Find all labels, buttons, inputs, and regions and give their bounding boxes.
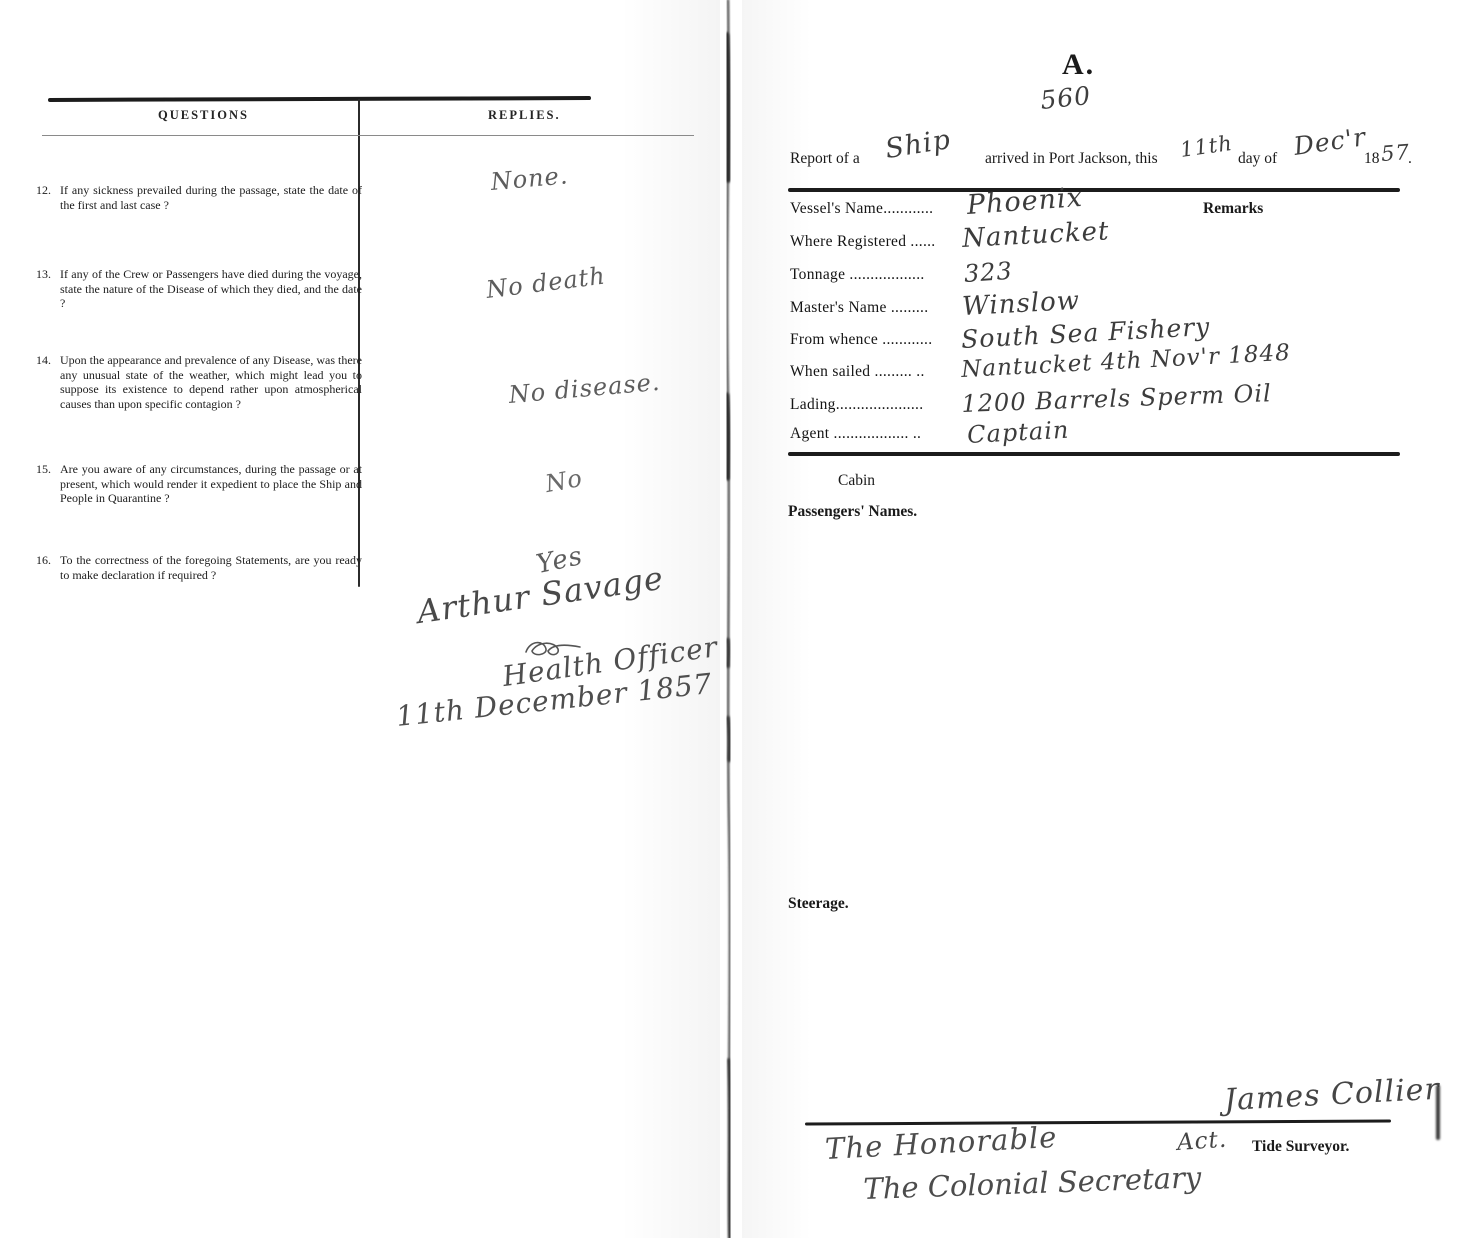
question-14-number: 14. — [36, 353, 51, 368]
field-label-vessels-name: Vessel's Name............ — [790, 200, 933, 218]
vessel-name-value: Phoenix — [966, 182, 1084, 221]
reply-12-handwriting: None. — [490, 161, 570, 196]
steerage-label: Steerage. — [788, 895, 849, 913]
question-15: 15. Are you aware of any circumstances, … — [36, 462, 362, 506]
field-label-from-whence: From whence ............ — [790, 331, 932, 349]
question-14: 14. Upon the appearance and prevalence o… — [36, 353, 362, 411]
form-bottom-rule — [788, 452, 1400, 456]
addressee-line1-handwriting: The Honorable — [824, 1120, 1058, 1166]
report-line-period: . — [1408, 150, 1412, 168]
question-13: 13. If any of the Crew or Passengers hav… — [36, 267, 362, 311]
acting-prefix-handwriting: Act. — [1176, 1127, 1228, 1156]
vessel-type-handwriting: Ship — [883, 124, 953, 165]
form-number-handwriting: 560 — [1039, 81, 1092, 115]
remarks-column-header: Remarks — [1203, 200, 1263, 218]
questions-column-header: QUESTIONS — [158, 108, 249, 123]
masters-name-value: Winslow — [961, 286, 1080, 322]
arrival-year-handwriting: 57 — [1380, 140, 1410, 166]
form-letter: A. — [1062, 48, 1095, 82]
question-15-number: 15. — [36, 462, 51, 477]
scan-edge-artifact — [1436, 1085, 1440, 1140]
field-label-when-sailed: When sailed ......... .. — [790, 363, 925, 381]
scanned-document: QUESTIONS REPLIES. 12. If any sickness p… — [0, 0, 1465, 1238]
signature-underline — [805, 1119, 1391, 1125]
question-13-number: 13. — [36, 267, 51, 282]
field-label-where-registered: Where Registered ...... — [790, 233, 935, 251]
question-16: 16. To the correctness of the foregoing … — [36, 553, 362, 582]
question-12: 12. If any sickness prevailed during the… — [36, 183, 362, 212]
lading-value: 1200 Barrels Sperm Oil — [961, 379, 1272, 418]
question-16-text: To the correctness of the foregoing Stat… — [60, 553, 362, 582]
book-gutter-line — [695, 0, 765, 1238]
table-top-rule — [48, 96, 591, 102]
arrival-day-handwriting: 11th — [1179, 131, 1235, 162]
tide-surveyor-signature: James Collier — [1223, 1072, 1440, 1118]
question-16-number: 16. — [36, 553, 51, 568]
question-12-number: 12. — [36, 183, 51, 198]
form-top-rule — [788, 188, 1400, 192]
tide-surveyor-title: Tide Surveyor. — [1252, 1138, 1349, 1156]
field-label-agent: Agent .................. .. — [790, 425, 921, 443]
addressee-line2-handwriting: The Colonial Secretary — [863, 1160, 1202, 1206]
reply-15-handwriting: No — [543, 464, 585, 498]
where-registered-value: Nantucket — [961, 216, 1110, 254]
field-label-masters-name: Master's Name ......... — [790, 299, 928, 317]
agent-value: Captain — [967, 416, 1070, 449]
arrival-year-printed: 18 — [1364, 150, 1380, 168]
replies-column-header: REPLIES. — [488, 108, 561, 123]
report-line-day-of: day of — [1238, 150, 1277, 168]
table-header-rule — [42, 135, 694, 136]
report-line-middle: arrived in Port Jackson, this — [985, 150, 1158, 168]
question-13-text: If any of the Crew or Passengers have di… — [60, 267, 362, 310]
question-12-text: If any sickness prevailed during the pas… — [60, 183, 362, 212]
table-column-divider — [358, 99, 360, 587]
report-line-prefix: Report of a — [790, 150, 860, 168]
reply-13-handwriting: No death — [485, 262, 608, 304]
arrival-month-handwriting: Dec'r — [1292, 122, 1368, 161]
question-15-text: Are you aware of any circumstances, duri… — [60, 462, 362, 505]
passengers-names-label: Passengers' Names. — [788, 503, 917, 521]
cabin-label: Cabin — [838, 472, 875, 490]
field-label-lading: Lading..................... — [790, 396, 923, 414]
tonnage-value: 323 — [963, 257, 1014, 288]
field-label-tonnage: Tonnage .................. — [790, 266, 925, 284]
question-14-text: Upon the appearance and prevalence of an… — [60, 353, 362, 411]
